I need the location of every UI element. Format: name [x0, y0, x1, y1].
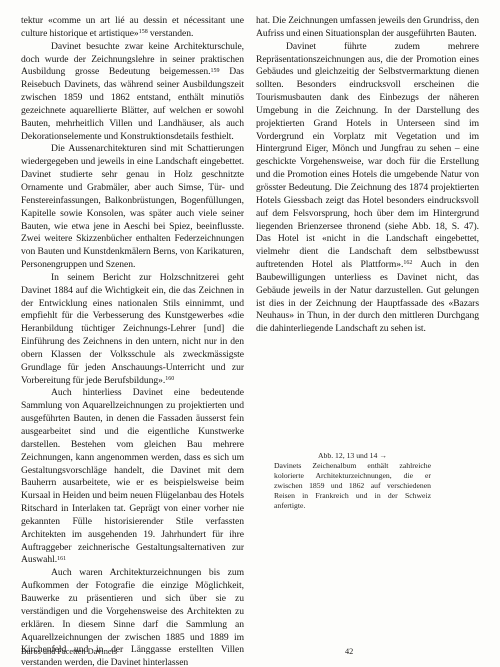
paragraph: tektur «comme un art lié au dessin et né…	[21, 15, 244, 41]
paragraph: Auch hinterliess Davinet eine bedeutende…	[21, 387, 244, 567]
arrow-right-icon: →	[377, 451, 387, 460]
paragraph: In seinem Bericht zur Holzschnitzerei ge…	[21, 272, 244, 388]
page-footer: Büros und Facetten Davinets 42	[21, 647, 479, 657]
caption-heading-label: Abb. 12, 13 und 14	[318, 451, 377, 460]
caption-heading: Abb. 12, 13 und 14→	[274, 451, 431, 461]
text-columns: tektur «comme un art lié au dessin et né…	[21, 15, 479, 667]
paragraph: Die Aussenarchitekturen sind mit Schatti…	[21, 143, 244, 271]
caption-body: Davinets Zeichenalbum enthält zahlreiche…	[274, 461, 431, 511]
right-column: hat. Die Zeichnungen umfassen jeweils de…	[256, 15, 479, 667]
left-column: tektur «comme un art lié au dessin et né…	[21, 15, 244, 667]
paragraph: Davinet führte zudem mehrere Repräsentat…	[256, 41, 479, 336]
page-number: 42	[345, 647, 353, 657]
running-title: Büros und Facetten Davinets	[21, 647, 117, 656]
figure-caption: Abb. 12, 13 und 14→ Davinets Zeichenalbu…	[274, 451, 431, 510]
paragraph: hat. Die Zeichnungen umfassen jeweils de…	[256, 15, 479, 41]
paragraph: Davinet besuchte zwar keine Architekturs…	[21, 41, 244, 144]
book-page: tektur «comme un art lié au dessin et né…	[0, 0, 500, 667]
